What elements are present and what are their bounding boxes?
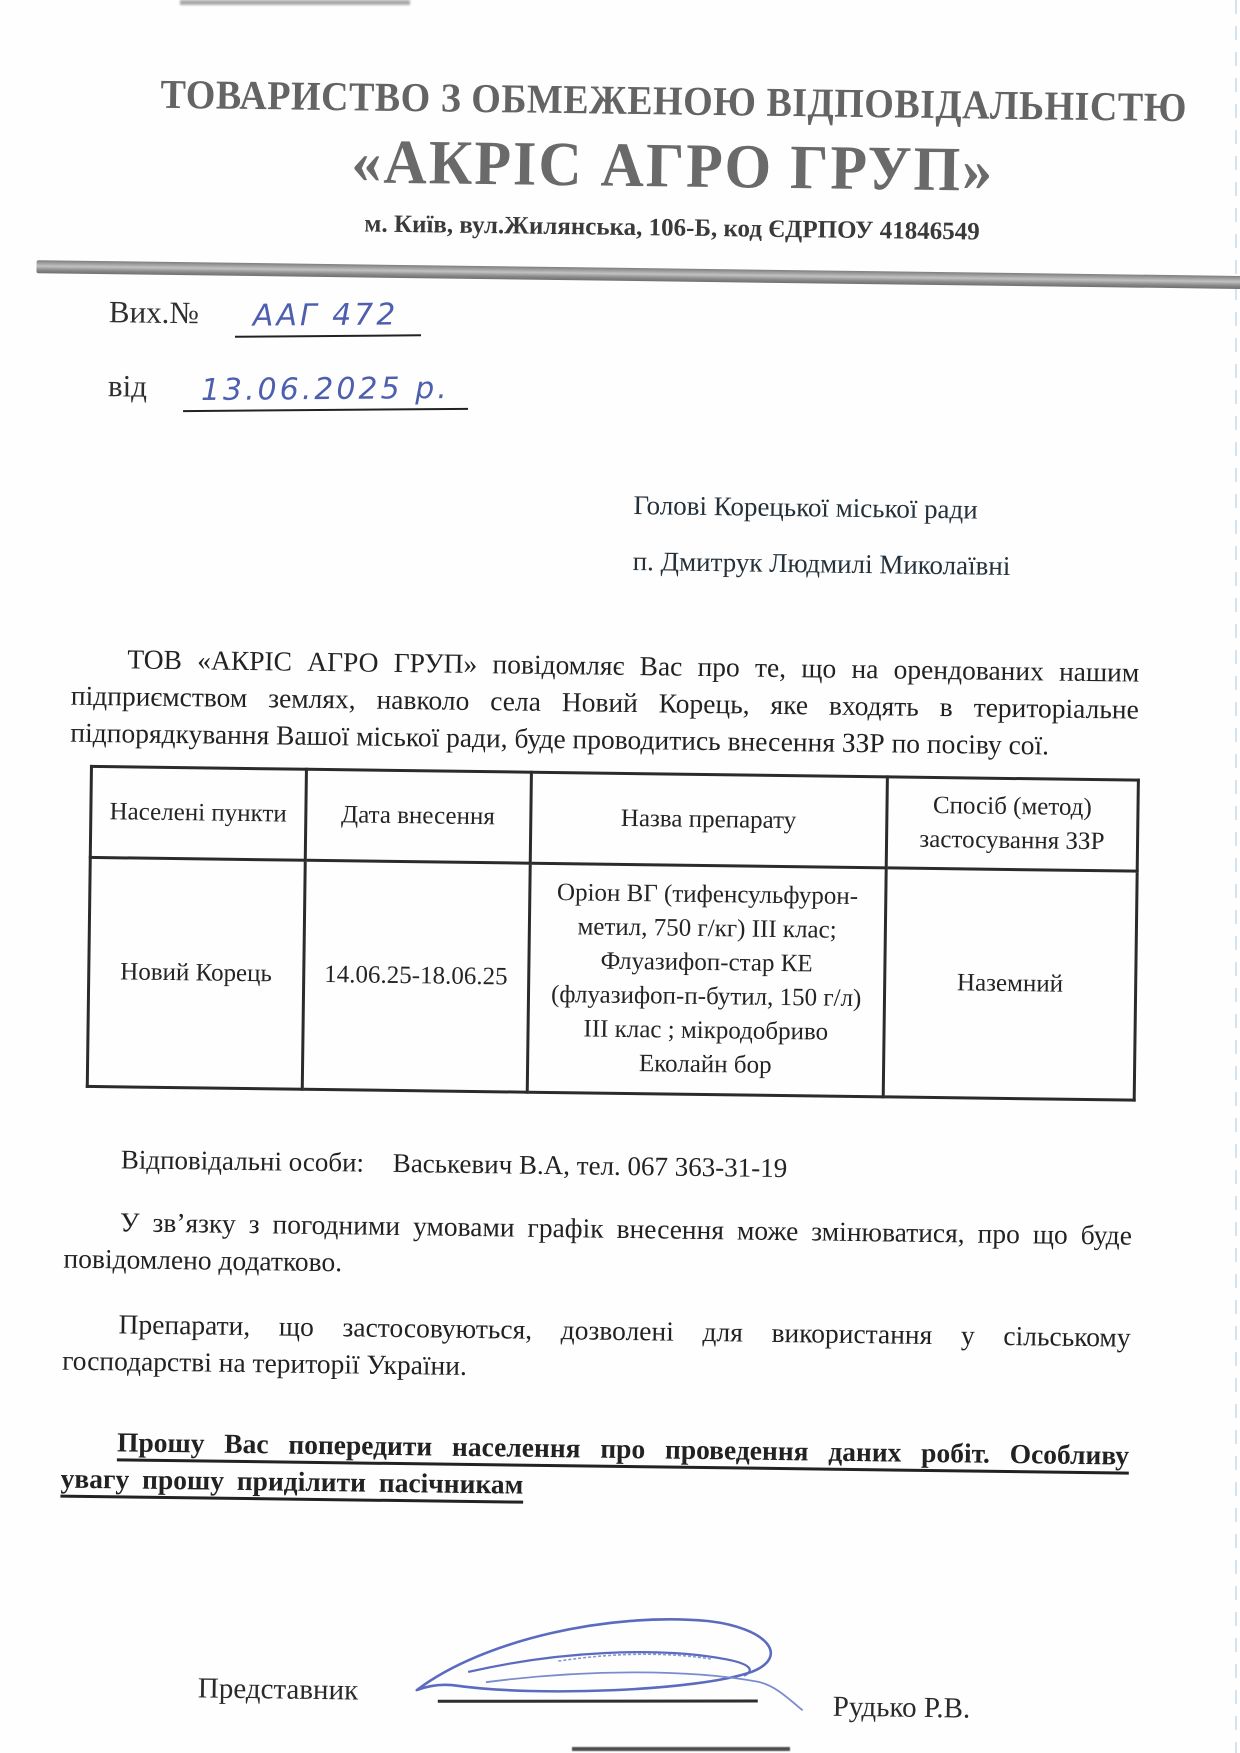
recipient-block: Голові Корецької міської ради п. Дмитрук… [632,477,1240,597]
reference-block: Вих.№ ААГ 472 від 13.06.2025 р. [108,294,1240,423]
signature-block: Представник Рудько Р.В. [197,1616,1240,1753]
date-handwritten: 13.06.2025 р. [183,371,468,412]
header-method: Спосіб (метод) застосування ЗЗР [886,777,1138,871]
weather-paragraph: У зв’язку з погодними умовами графік вне… [63,1203,1132,1291]
cell-method: Наземний [883,868,1137,1100]
letterhead: ТОВАРИСТВО З ОБМЕЖЕНОЮ ВІДПОВІДАЛЬНІСТЮ … [77,0,1240,250]
date-label: від [108,368,147,404]
scanned-letter-page: ТОВАРИСТВО З ОБМЕЖЕНОЮ ВІДПОВІДАЛЬНІСТЮ … [0,0,1240,1753]
outgoing-number-label: Вих.№ [109,294,200,330]
org-name-line: «АКРІС АГРО ГРУП» [77,122,1240,210]
table-header-row: Населені пункти Дата внесення Назва преп… [90,766,1138,871]
header-divider-bar [36,260,1240,289]
table-row: Новий Корець 14.06.25-18.06.25 Оріон ВГ … [87,857,1137,1100]
letter-content: ТОВАРИСТВО З ОБМЕЖЕНОЮ ВІДПОВІДАЛЬНІСТЮ … [0,0,1240,1753]
signature-area [407,1601,809,1736]
signature-role-label: Представник [198,1672,359,1707]
signature-ink-icon [407,1601,809,1736]
recipient-name: п. Дмитрук Людмилі Миколаївні [632,533,1240,597]
responsible-persons-line: Відповідальні особи: Васькевич В.А, тел.… [121,1144,1240,1190]
header-date: Дата внесення [305,769,531,863]
responsible-label: Відповідальні особи: [121,1144,365,1177]
responsible-value: Васькевич В.А, тел. 067 363-31-19 [393,1148,788,1183]
cell-preparation: Оріон ВГ (тифенсульфурон-метил, 750 г/кг… [527,863,886,1097]
signature-line [438,1700,758,1703]
warning-paragraph: Прошу Вас попередити населення про прове… [60,1423,1129,1511]
cell-settlement: Новий Корець [87,857,305,1089]
org-address-line: м. Київ, вул.Жилянська, 106-Б, код ЄДРПО… [77,207,1240,251]
signatory-name: Рудько Р.В. [832,1691,970,1726]
recipient-title: Голові Корецької міської ради [633,477,1240,541]
date-line: від 13.06.2025 р. [108,368,1240,423]
application-schedule-table: Населені пункти Дата внесення Назва преп… [86,765,1140,1102]
header-preparation: Назва препарату [530,772,887,868]
header-settlements: Населені пункти [90,766,306,860]
outgoing-number-handwritten: ААГ 472 [235,297,421,337]
cell-date: 14.06.25-18.06.25 [302,860,530,1092]
intro-paragraph: ТОВ «АКРІС АГРО ГРУП» повідомляє Вас про… [70,640,1139,765]
approved-paragraph: Препарати, що застосовуються, дозволені … [62,1305,1131,1393]
outgoing-number-line: Вих.№ ААГ 472 [109,294,1240,349]
